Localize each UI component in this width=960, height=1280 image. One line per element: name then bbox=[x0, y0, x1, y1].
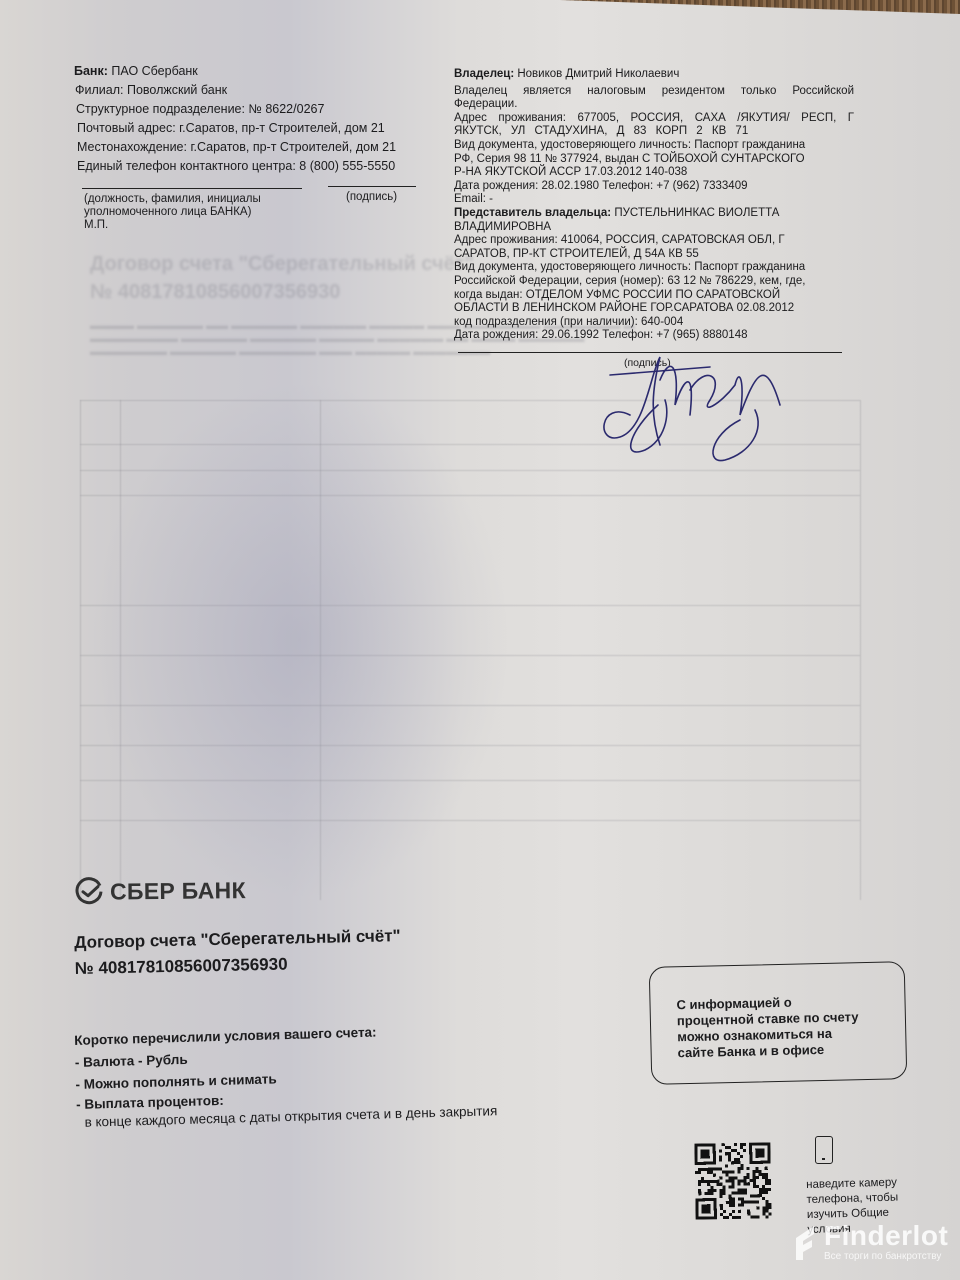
phone-icon bbox=[815, 1136, 833, 1164]
sber-logo: СБЕР БАНК bbox=[74, 875, 246, 907]
contract-title: Договор счета "Сберегательный счёт" № 40… bbox=[74, 923, 401, 982]
rep-id-doc: Вид документа, удостоверяющего личность:… bbox=[454, 261, 854, 275]
logo-text: СБЕР БАНК bbox=[110, 877, 246, 905]
interest-info-box: С информацией о процентной ставке по сче… bbox=[649, 961, 908, 1085]
bank-phone: Единый телефон контактного центра: 8 (80… bbox=[77, 159, 396, 174]
bank-value: ПАО Сбербанк bbox=[111, 64, 197, 78]
owner-id-doc-cont: РФ, Серия 98 11 № 377924, выдан С ТОЙБОХ… bbox=[454, 153, 854, 167]
rep-name-line: Представитель владельца: ПУСТЕЛЬНИНКАС В… bbox=[454, 207, 854, 221]
owner-email: Email: - bbox=[454, 193, 854, 207]
stamp-label: М.П. bbox=[84, 219, 261, 232]
bank-division: Структурное подразделение: № 8622/0267 bbox=[76, 102, 396, 117]
interest-info-text: С информацией о процентной ставке по сче… bbox=[676, 993, 859, 1061]
owner-label: Владелец: bbox=[454, 68, 514, 80]
bank-position-line bbox=[82, 188, 302, 189]
tax-resident-cont: Федерации. bbox=[454, 98, 854, 112]
watermark-name: Finderlot bbox=[824, 1222, 948, 1250]
rep-address: Адрес проживания: 410064, РОССИЯ, САРАТО… bbox=[454, 234, 854, 248]
bank-signature-line bbox=[328, 186, 416, 187]
position-caption-line: уполномоченного лица БАНКА) bbox=[84, 206, 261, 219]
rep-label: Представитель владельца: bbox=[454, 207, 611, 219]
finderlot-watermark: Finderlot Все торги по банкротству bbox=[792, 1222, 948, 1262]
rep-birth-phone: Дата рождения: 29.06.1992 Телефон: +7 (9… bbox=[454, 329, 854, 343]
owner-name: Новиков Дмитрий Николаевич bbox=[517, 68, 679, 80]
bank-location: Местонахождение: г.Саратов, пр-т Строите… bbox=[77, 140, 396, 155]
rep-division-code: код подразделения (при наличии): 640-004 bbox=[454, 316, 854, 330]
owner-birth-phone: Дата рождения: 28.02.1980 Телефон: +7 (9… bbox=[454, 180, 854, 194]
tax-resident: Владелец является налоговым резидентом т… bbox=[454, 85, 854, 99]
account-terms: Коротко перечислили условия вашего счета… bbox=[74, 1018, 498, 1132]
owner-details: Владелец: Новиков Дмитрий Николаевич Вла… bbox=[454, 68, 854, 343]
owner-address-cont: ЯКУТСК, УЛ СТАДУХИНА, Д 83 КОРП 2 КВ 71 bbox=[454, 125, 854, 139]
finderlot-logo-icon bbox=[792, 1222, 822, 1262]
bank-label: Банк: bbox=[74, 64, 108, 78]
position-caption-line: (должность, фамилия, инициалы bbox=[84, 193, 261, 206]
ghost-title: Договор счета "Сберегательный счёт" № 40… bbox=[90, 250, 474, 306]
rep-id-doc-cont: ОБЛАСТИ В ЛЕНИНСКОМ РАЙОНЕ ГОР.САРАТОВА … bbox=[454, 302, 854, 316]
bank-branch: Филиал: Поволжский банк bbox=[75, 83, 396, 98]
bank-postal-address: Почтовый адрес: г.Саратов, пр-т Строител… bbox=[77, 121, 396, 136]
watermark-tagline: Все торги по банкротству bbox=[824, 1251, 948, 1262]
owner-name-line: Владелец: Новиков Дмитрий Николаевич bbox=[454, 68, 854, 82]
owner-id-doc-cont: Р-НА ЯКУТСКОЙ АССР 17.03.2012 140-038 bbox=[454, 166, 854, 180]
owner-id-doc: Вид документа, удостоверяющего личность:… bbox=[454, 139, 854, 153]
qr-code[interactable] bbox=[694, 1142, 771, 1219]
bank-name-line: Банк: ПАО Сбербанк bbox=[74, 64, 396, 79]
rep-id-doc-cont: Российской Федерации, серия (номер): 63 … bbox=[454, 275, 854, 289]
rep-name-cont: ВЛАДИМИРОВНА bbox=[454, 221, 854, 235]
bank-signature-caption: (подпись) bbox=[346, 191, 397, 204]
ghost-number-line: № 40817810856007356930 bbox=[90, 278, 474, 306]
bank-details: Банк: ПАО Сбербанк Филиал: Поволжский ба… bbox=[74, 64, 396, 178]
ghost-table bbox=[80, 400, 860, 900]
sber-check-icon bbox=[74, 877, 104, 907]
bank-position-caption: (должность, фамилия, инициалы уполномоче… bbox=[84, 193, 261, 232]
info-line: сайте Банка и в офисе bbox=[677, 1041, 859, 1061]
owner-address: Адрес проживания: 677005, РОССИЯ, САХА /… bbox=[454, 112, 854, 126]
handwritten-signature bbox=[590, 345, 790, 465]
ghost-title-line: Договор счета "Сберегательный счёт" bbox=[90, 250, 474, 278]
rep-name: ПУСТЕЛЬНИНКАС ВИОЛЕТТА bbox=[614, 207, 779, 219]
rep-address-cont: САРАТОВ, ПР-КТ СТРОИТЕЛЕЙ, Д 54А КВ 55 bbox=[454, 248, 854, 262]
rep-id-doc-cont: когда выдан: ОТДЕЛОМ УФМС РОССИИ ПО САРА… bbox=[454, 289, 854, 303]
